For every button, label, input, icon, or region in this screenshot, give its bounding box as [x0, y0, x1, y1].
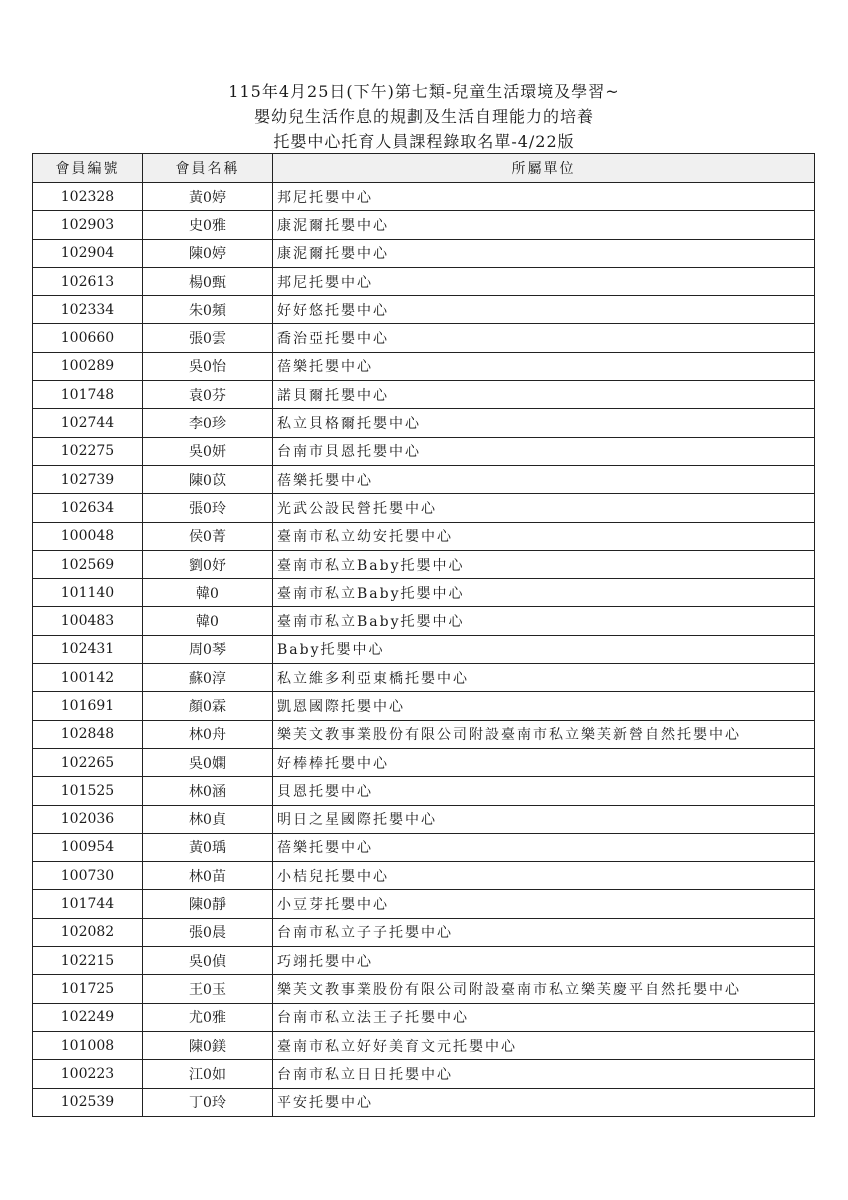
member-id-cell: 102265 [33, 748, 143, 776]
affiliated-unit-cell: 明日之星國際托嬰中心 [273, 805, 815, 833]
document-title-line-3: 托嬰中心托育人員課程錄取名單-4/22版 [0, 130, 848, 154]
member-id-cell: 102739 [33, 465, 143, 493]
document-title-line-2: 嬰幼兒生活作息的規劃及生活自理能力的培養 [0, 105, 848, 129]
table-row: 102903史0雅康泥爾托嬰中心 [33, 211, 815, 239]
table-row: 102613楊0甄邦尼托嬰中心 [33, 267, 815, 295]
document-title-line-1: 115年4月25日(下午)第七類-兒童生活環境及學習~ [0, 80, 848, 104]
member-id-cell: 101725 [33, 975, 143, 1003]
member-name-cell: 吳0偵 [143, 947, 273, 975]
member-id-cell: 101008 [33, 1031, 143, 1059]
member-id-cell: 102334 [33, 296, 143, 324]
member-id-cell: 102539 [33, 1088, 143, 1116]
member-name-cell: 朱0頻 [143, 296, 273, 324]
member-id-cell: 102036 [33, 805, 143, 833]
member-id-cell: 100730 [33, 862, 143, 890]
member-id-cell: 102328 [33, 183, 143, 211]
table-row: 100289吳0怡蓓樂托嬰中心 [33, 352, 815, 380]
member-name-cell: 尤0雅 [143, 1003, 273, 1031]
member-id-cell: 102275 [33, 437, 143, 465]
table-row: 102739陳0苡蓓樂托嬰中心 [33, 465, 815, 493]
affiliated-unit-cell: 臺南市私立Baby托嬰中心 [273, 579, 815, 607]
table-row: 101725王0玉樂芙文教事業股份有限公司附設臺南市私立樂芙慶平自然托嬰中心 [33, 975, 815, 1003]
affiliated-unit-cell: 臺南市私立Baby托嬰中心 [273, 550, 815, 578]
table-row: 102215吳0偵巧翊托嬰中心 [33, 947, 815, 975]
affiliated-unit-cell: 樂芙文教事業股份有限公司附設臺南市私立樂芙新營自然托嬰中心 [273, 720, 815, 748]
member-name-cell: 黃0婷 [143, 183, 273, 211]
affiliated-unit-cell: 好棒棒托嬰中心 [273, 748, 815, 776]
affiliated-unit-cell: 私立貝格爾托嬰中心 [273, 409, 815, 437]
header-member-id: 會員編號 [33, 154, 143, 183]
member-name-cell: 吳0妍 [143, 437, 273, 465]
table-row: 101525林0涵貝恩托嬰中心 [33, 777, 815, 805]
header-member-name: 會員名稱 [143, 154, 273, 183]
member-name-cell: 周0琴 [143, 635, 273, 663]
table-body: 102328黃0婷邦尼托嬰中心102903史0雅康泥爾托嬰中心102904陳0婷… [33, 183, 815, 1117]
table-row: 102744李0珍私立貝格爾托嬰中心 [33, 409, 815, 437]
member-id-cell: 100954 [33, 833, 143, 861]
affiliated-unit-cell: 蓓樂托嬰中心 [273, 833, 815, 861]
table-row: 101748袁0芬諾貝爾托嬰中心 [33, 381, 815, 409]
table-row: 100223江0如台南市私立日日托嬰中心 [33, 1060, 815, 1088]
table-row: 101008陳0鎂臺南市私立好好美育文元托嬰中心 [33, 1031, 815, 1059]
table-row: 100142蘇0淳私立維多利亞東橋托嬰中心 [33, 664, 815, 692]
member-id-cell: 102848 [33, 720, 143, 748]
member-id-cell: 102431 [33, 635, 143, 663]
enrollment-table: 會員編號 會員名稱 所屬單位 102328黃0婷邦尼托嬰中心102903史0雅康… [32, 153, 815, 1117]
affiliated-unit-cell: 台南市貝恩托嬰中心 [273, 437, 815, 465]
affiliated-unit-cell: 蓓樂托嬰中心 [273, 352, 815, 380]
table-row: 102334朱0頻好好悠托嬰中心 [33, 296, 815, 324]
member-id-cell: 102613 [33, 267, 143, 295]
affiliated-unit-cell: 平安托嬰中心 [273, 1088, 815, 1116]
affiliated-unit-cell: 台南市私立法王子托嬰中心 [273, 1003, 815, 1031]
member-id-cell: 102744 [33, 409, 143, 437]
member-id-cell: 101525 [33, 777, 143, 805]
affiliated-unit-cell: 好好悠托嬰中心 [273, 296, 815, 324]
affiliated-unit-cell: 小豆芽托嬰中心 [273, 890, 815, 918]
affiliated-unit-cell: 臺南市私立幼安托嬰中心 [273, 522, 815, 550]
member-id-cell: 102215 [33, 947, 143, 975]
table-row: 102082張0晨台南市私立子子托嬰中心 [33, 918, 815, 946]
table-row: 100048侯0菁臺南市私立幼安托嬰中心 [33, 522, 815, 550]
affiliated-unit-cell: Baby托嬰中心 [273, 635, 815, 663]
table-row: 100730林0苗小桔兒托嬰中心 [33, 862, 815, 890]
member-id-cell: 100483 [33, 607, 143, 635]
member-id-cell: 101140 [33, 579, 143, 607]
table-row: 102904陳0婷康泥爾托嬰中心 [33, 239, 815, 267]
member-name-cell: 林0苗 [143, 862, 273, 890]
affiliated-unit-cell: 康泥爾托嬰中心 [273, 211, 815, 239]
member-name-cell: 張0玲 [143, 494, 273, 522]
member-name-cell: 丁0玲 [143, 1088, 273, 1116]
table-row: 101691顏0霖凱恩國際托嬰中心 [33, 692, 815, 720]
member-name-cell: 蘇0淳 [143, 664, 273, 692]
affiliated-unit-cell: 小桔兒托嬰中心 [273, 862, 815, 890]
member-id-cell: 102569 [33, 550, 143, 578]
member-name-cell: 侯0菁 [143, 522, 273, 550]
member-name-cell: 陳0婷 [143, 239, 273, 267]
member-name-cell: 陳0苡 [143, 465, 273, 493]
table-row: 102539丁0玲平安托嬰中心 [33, 1088, 815, 1116]
member-name-cell: 袁0芬 [143, 381, 273, 409]
affiliated-unit-cell: 巧翊托嬰中心 [273, 947, 815, 975]
member-id-cell: 101748 [33, 381, 143, 409]
member-name-cell: 顏0霖 [143, 692, 273, 720]
member-id-cell: 101744 [33, 890, 143, 918]
member-id-cell: 102082 [33, 918, 143, 946]
affiliated-unit-cell: 邦尼托嬰中心 [273, 183, 815, 211]
member-name-cell: 吳0嫻 [143, 748, 273, 776]
affiliated-unit-cell: 喬治亞托嬰中心 [273, 324, 815, 352]
member-name-cell: 林0涵 [143, 777, 273, 805]
member-id-cell: 100289 [33, 352, 143, 380]
member-name-cell: 林0舟 [143, 720, 273, 748]
member-name-cell: 張0晨 [143, 918, 273, 946]
table-row: 101140韓0臺南市私立Baby托嬰中心 [33, 579, 815, 607]
member-id-cell: 102634 [33, 494, 143, 522]
affiliated-unit-cell: 樂芙文教事業股份有限公司附設臺南市私立樂芙慶平自然托嬰中心 [273, 975, 815, 1003]
table-row: 100954黃0瑀蓓樂托嬰中心 [33, 833, 815, 861]
member-id-cell: 102249 [33, 1003, 143, 1031]
affiliated-unit-cell: 台南市私立子子托嬰中心 [273, 918, 815, 946]
member-name-cell: 吳0怡 [143, 352, 273, 380]
affiliated-unit-cell: 諾貝爾托嬰中心 [273, 381, 815, 409]
member-id-cell: 100048 [33, 522, 143, 550]
member-name-cell: 楊0甄 [143, 267, 273, 295]
affiliated-unit-cell: 台南市私立日日托嬰中心 [273, 1060, 815, 1088]
member-name-cell: 林0貞 [143, 805, 273, 833]
affiliated-unit-cell: 貝恩托嬰中心 [273, 777, 815, 805]
header-affiliated-unit: 所屬單位 [273, 154, 815, 183]
member-name-cell: 李0珍 [143, 409, 273, 437]
member-name-cell: 陳0鎂 [143, 1031, 273, 1059]
table-row: 102569劉0妤臺南市私立Baby托嬰中心 [33, 550, 815, 578]
table-row: 102848林0舟樂芙文教事業股份有限公司附設臺南市私立樂芙新營自然托嬰中心 [33, 720, 815, 748]
member-name-cell: 韓0 [143, 579, 273, 607]
table-row: 102275吳0妍台南市貝恩托嬰中心 [33, 437, 815, 465]
member-id-cell: 100142 [33, 664, 143, 692]
affiliated-unit-cell: 康泥爾托嬰中心 [273, 239, 815, 267]
member-id-cell: 101691 [33, 692, 143, 720]
member-name-cell: 黃0瑀 [143, 833, 273, 861]
member-name-cell: 劉0妤 [143, 550, 273, 578]
member-id-cell: 102904 [33, 239, 143, 267]
affiliated-unit-cell: 臺南市私立Baby托嬰中心 [273, 607, 815, 635]
affiliated-unit-cell: 凱恩國際托嬰中心 [273, 692, 815, 720]
table-row: 102328黃0婷邦尼托嬰中心 [33, 183, 815, 211]
member-name-cell: 王0玉 [143, 975, 273, 1003]
affiliated-unit-cell: 私立維多利亞東橋托嬰中心 [273, 664, 815, 692]
affiliated-unit-cell: 邦尼托嬰中心 [273, 267, 815, 295]
member-name-cell: 陳0靜 [143, 890, 273, 918]
affiliated-unit-cell: 臺南市私立好好美育文元托嬰中心 [273, 1031, 815, 1059]
affiliated-unit-cell: 蓓樂托嬰中心 [273, 465, 815, 493]
table-row: 100483韓0臺南市私立Baby托嬰中心 [33, 607, 815, 635]
member-id-cell: 100660 [33, 324, 143, 352]
table-row: 102431周0琴Baby托嬰中心 [33, 635, 815, 663]
table-row: 102265吳0嫻好棒棒托嬰中心 [33, 748, 815, 776]
member-name-cell: 江0如 [143, 1060, 273, 1088]
table-row: 102634張0玲光武公設民營托嬰中心 [33, 494, 815, 522]
table-row: 101744陳0靜小豆芽托嬰中心 [33, 890, 815, 918]
member-name-cell: 韓0 [143, 607, 273, 635]
member-id-cell: 102903 [33, 211, 143, 239]
affiliated-unit-cell: 光武公設民營托嬰中心 [273, 494, 815, 522]
table-row: 102036林0貞明日之星國際托嬰中心 [33, 805, 815, 833]
table-row: 100660張0雲喬治亞托嬰中心 [33, 324, 815, 352]
table-row: 102249尤0雅台南市私立法王子托嬰中心 [33, 1003, 815, 1031]
member-id-cell: 100223 [33, 1060, 143, 1088]
table-header: 會員編號 會員名稱 所屬單位 [33, 154, 815, 183]
member-name-cell: 張0雲 [143, 324, 273, 352]
member-name-cell: 史0雅 [143, 211, 273, 239]
